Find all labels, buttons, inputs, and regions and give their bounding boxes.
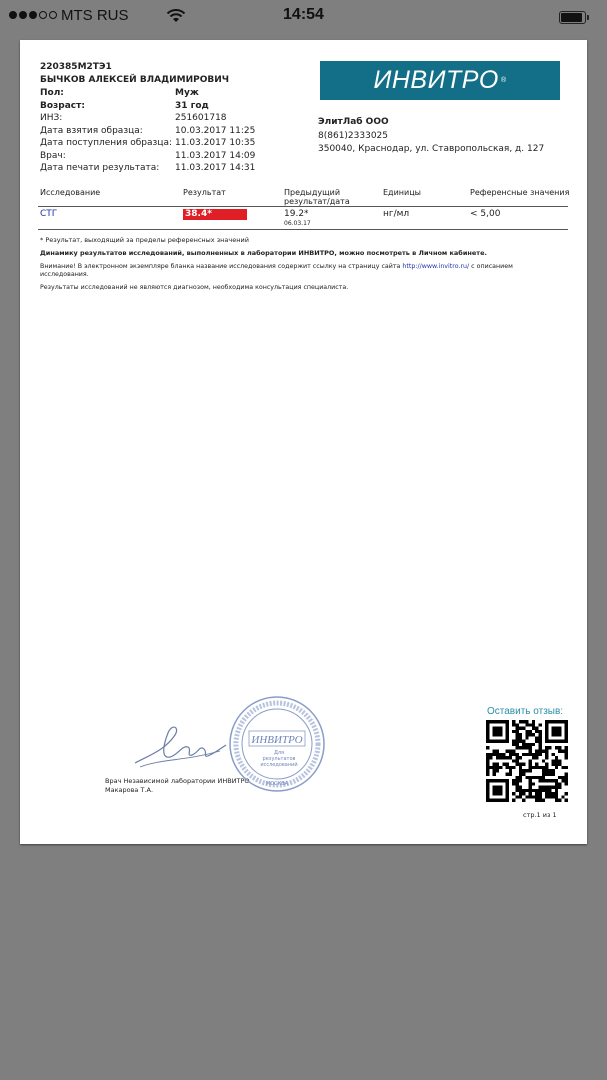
svg-text:МОСКВА: МОСКВА bbox=[266, 781, 289, 787]
patient-name: БЫЧКОВ АЛЕКСЕЙ ВЛАДИМИРОВИЧ bbox=[40, 75, 229, 85]
page-counter: стр.1 из 1 bbox=[523, 811, 557, 819]
col-header-test: Исследование bbox=[40, 188, 100, 197]
logo-text: ИНВИТРО bbox=[373, 66, 498, 95]
clock: 14:54 bbox=[0, 6, 607, 24]
field-label: Возраст: bbox=[40, 101, 85, 111]
doctor-name: Макарова Т.А. bbox=[105, 786, 153, 794]
attention-text: Внимание! В электронном экземпляре бланк… bbox=[40, 263, 400, 270]
previous-result: 19.2* bbox=[284, 209, 309, 219]
field-value: 11.03.2017 14:09 bbox=[175, 151, 255, 161]
lab-stamp: ИНВИТРО Для результатов исследований МОС… bbox=[227, 694, 327, 794]
field-label: Дата взятия образца: bbox=[40, 126, 143, 136]
attention-suffix: с описанием bbox=[471, 263, 513, 270]
field-value: 11.03.2017 10:35 bbox=[175, 138, 255, 148]
field-value: Муж bbox=[175, 88, 199, 98]
field-value: 251601718 bbox=[175, 113, 227, 123]
svg-text:ИНВИТРО: ИНВИТРО bbox=[250, 734, 302, 746]
svg-text:исследований: исследований bbox=[260, 761, 297, 768]
battery-icon bbox=[559, 11, 586, 24]
units: нг/мл bbox=[383, 209, 409, 219]
test-name-link[interactable]: СТГ bbox=[40, 209, 57, 219]
registered-mark: ® bbox=[501, 77, 507, 84]
col-header-previous: Предыдущий bbox=[284, 188, 340, 197]
col-header-units: Единицы bbox=[383, 188, 421, 197]
doctor-signature bbox=[130, 715, 230, 775]
review-qr-code[interactable] bbox=[486, 720, 568, 802]
field-value: 10.03.2017 11:25 bbox=[175, 126, 255, 136]
field-value: 31 год bbox=[175, 101, 209, 111]
col-header-previous-date: результат/дата bbox=[284, 197, 350, 206]
review-label: Оставить отзыв: bbox=[487, 706, 563, 717]
previous-date: 06.03.17 bbox=[284, 220, 311, 227]
field-label: ИНЗ: bbox=[40, 113, 62, 123]
lab-address: 350040, Краснодар, ул. Ставропольская, д… bbox=[318, 144, 544, 154]
table-header-divider bbox=[38, 206, 568, 207]
document-page: 220385M2TЭ1 БЫЧКОВ АЛЕКСЕЙ ВЛАДИМИРОВИЧ … bbox=[20, 40, 587, 844]
field-label: Врач: bbox=[40, 151, 66, 161]
status-bar: MTS RUS 14:54 bbox=[0, 0, 607, 36]
col-header-result: Результат bbox=[183, 188, 226, 197]
field-label: Дата печати результата: bbox=[40, 163, 159, 173]
table-bottom-divider bbox=[38, 229, 568, 230]
footnote: * Результат, выходящий за пределы рефере… bbox=[40, 236, 249, 244]
result-value-flagged: 38.4* bbox=[183, 209, 247, 220]
attention-note: Внимание! В электронном экземпляре бланк… bbox=[40, 263, 513, 270]
field-label: Пол: bbox=[40, 88, 64, 98]
invitro-link[interactable]: http://www.invitro.ru/ bbox=[402, 263, 469, 270]
field-label: Дата поступления образца: bbox=[40, 138, 172, 148]
attention-note-line2: исследования. bbox=[40, 271, 89, 278]
dynamics-note: Динамику результатов исследований, выпол… bbox=[40, 249, 487, 257]
invitro-logo: ИНВИТРО® bbox=[320, 61, 560, 100]
disclaimer: Результаты исследований не являются диаг… bbox=[40, 284, 348, 291]
order-id: 220385M2TЭ1 bbox=[40, 62, 112, 72]
reference-range: < 5,00 bbox=[470, 209, 500, 219]
col-header-reference: Референсные значения bbox=[470, 188, 569, 197]
lab-phone: 8(861)2333025 bbox=[318, 131, 388, 141]
lab-name: ЭлитЛаб ООО bbox=[318, 117, 389, 127]
field-value: 11.03.2017 14:31 bbox=[175, 163, 255, 173]
